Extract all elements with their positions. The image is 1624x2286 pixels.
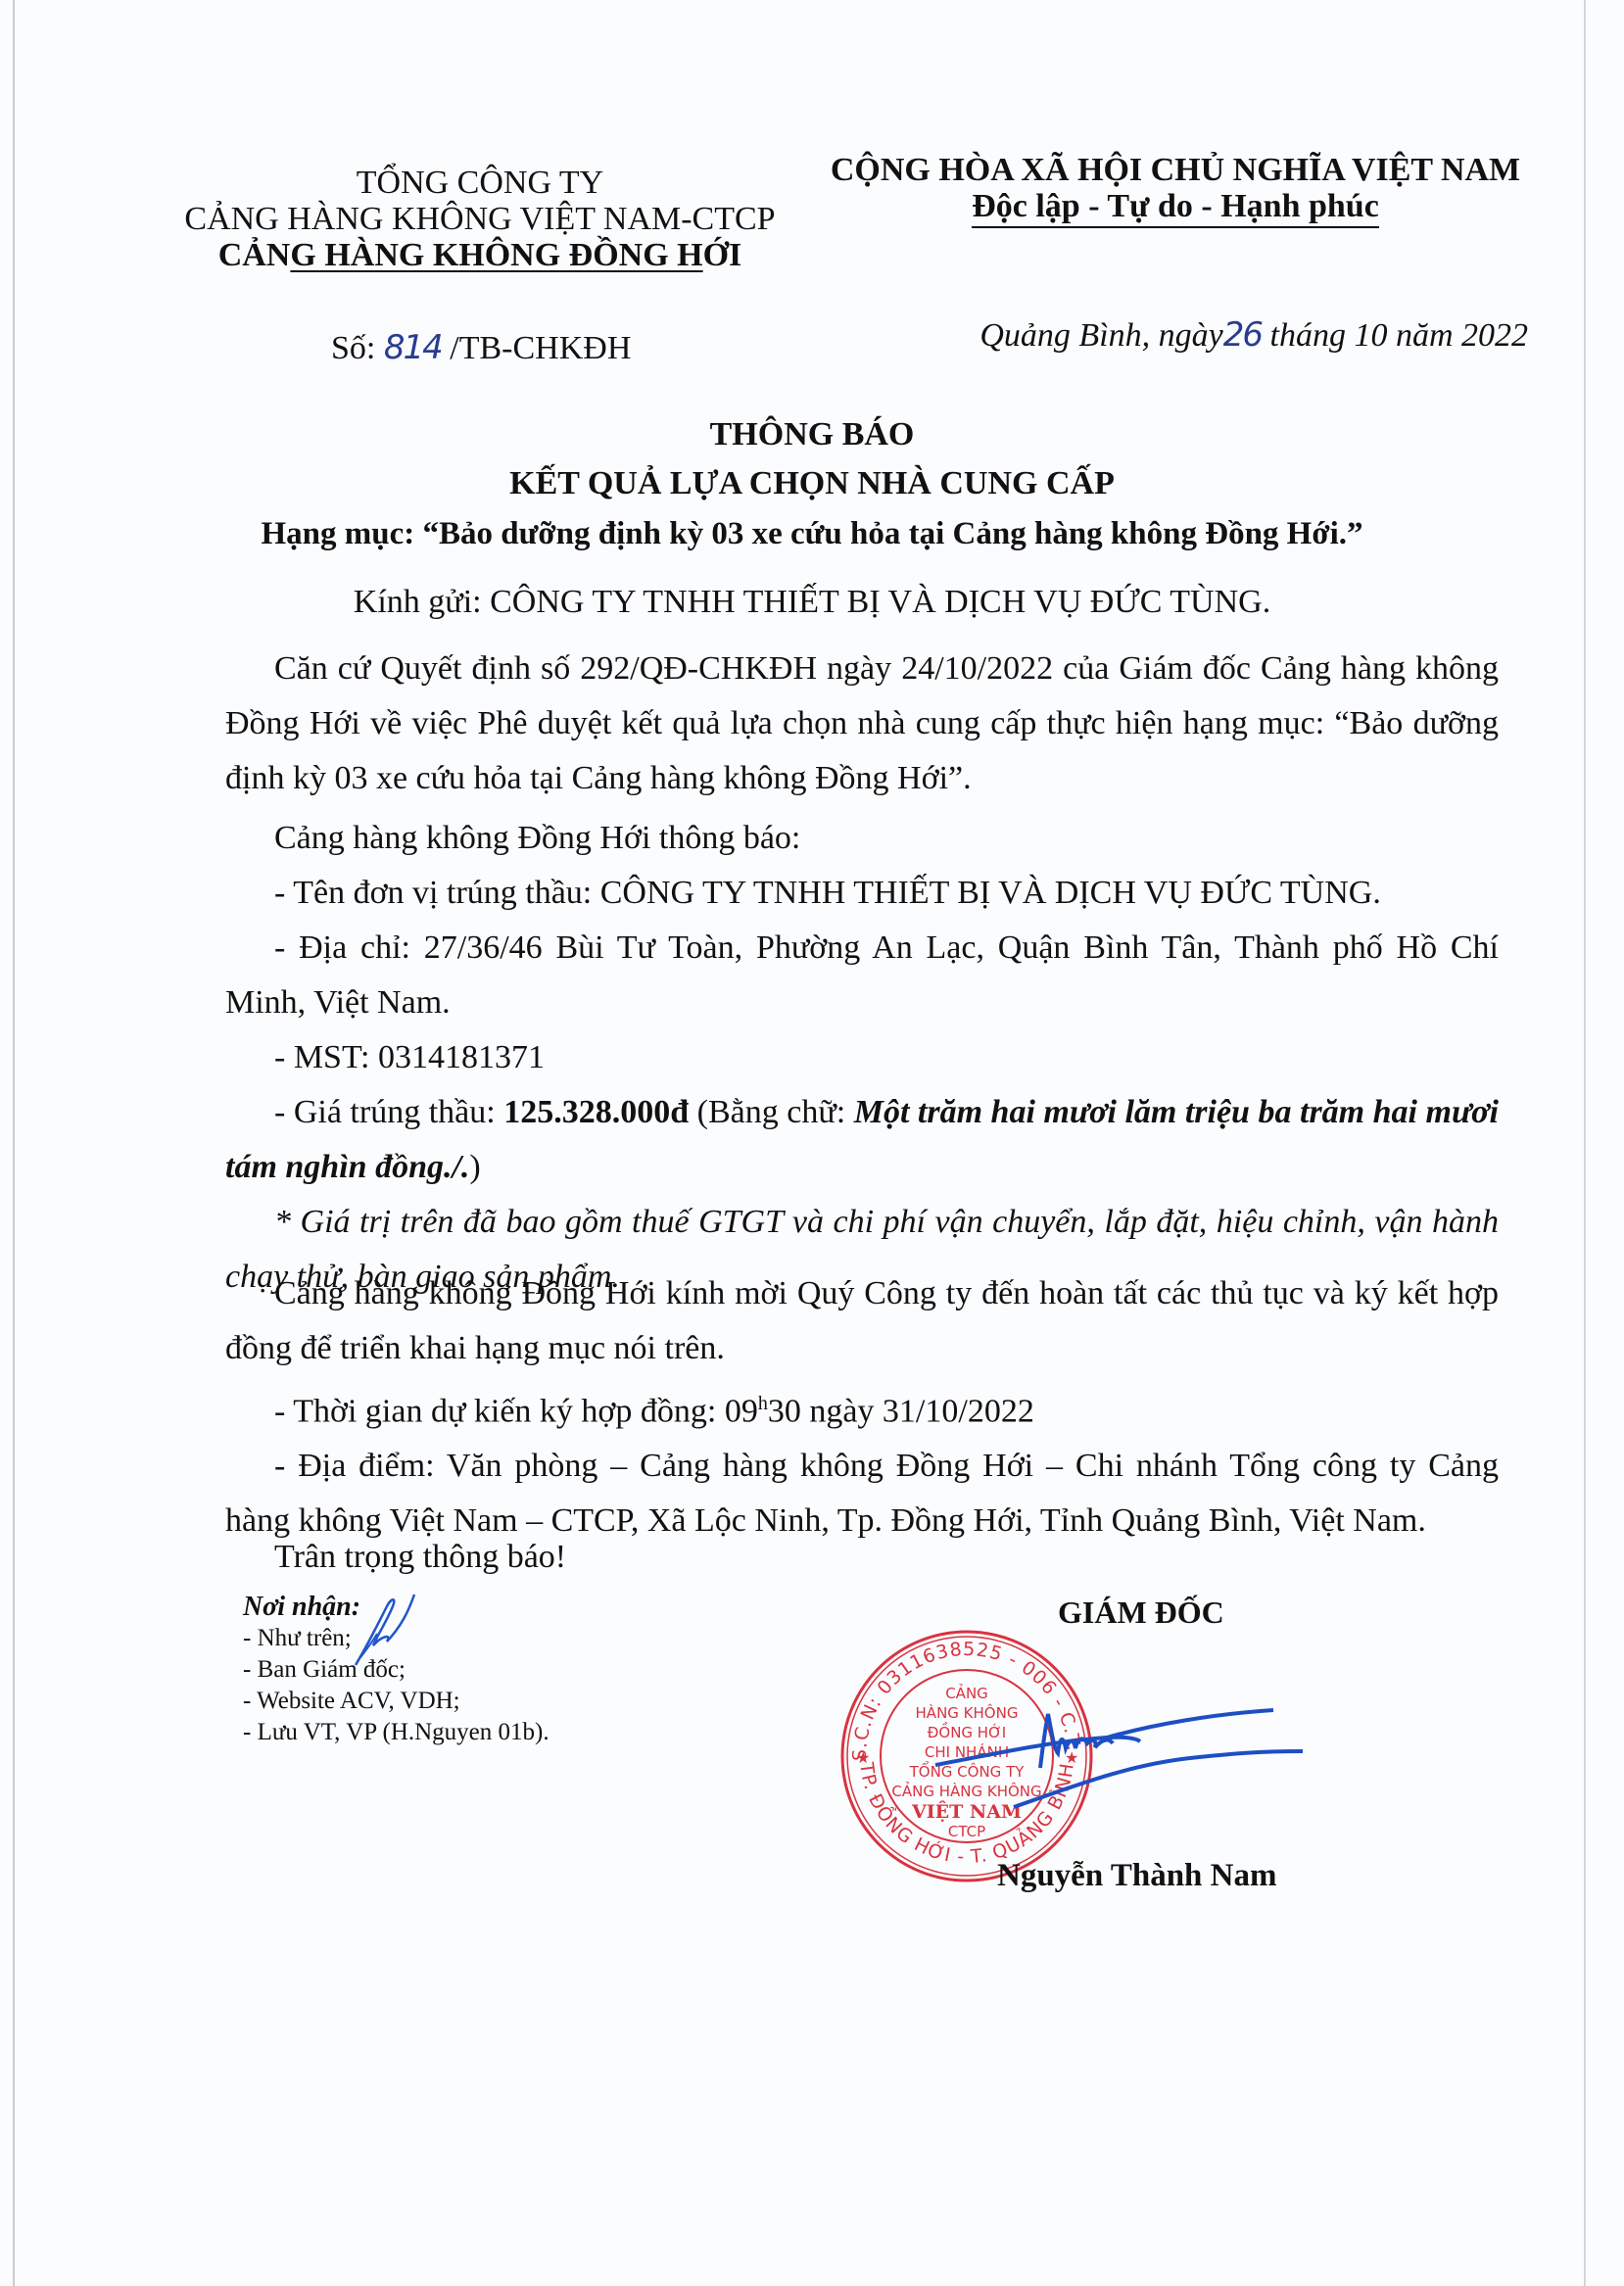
signature-icon: [931, 1694, 1303, 1832]
closing-text: Trân trọng thông báo!: [225, 1530, 1499, 1585]
national-motto: Độc lập - Tự do - Hạnh phúc: [972, 188, 1379, 228]
signatory-title: GIÁM ĐỐC: [1058, 1595, 1224, 1631]
document-subtitle: KẾT QUẢ LỰA CHỌN NHÀ CUNG CẤP: [0, 465, 1624, 502]
price-value: 125.328.000đ: [503, 1094, 689, 1130]
price-line: - Giá trúng thầu: 125.328.000đ (Bằng chữ…: [225, 1085, 1499, 1195]
winner-line: - Tên đơn vị trúng thầu: CÔNG TY TNHH TH…: [225, 866, 1499, 921]
initials-mark-icon: [348, 1587, 416, 1675]
document-title: THÔNG BÁO: [0, 416, 1624, 453]
price-close: ): [469, 1149, 480, 1185]
date-suffix: tháng 10 năm 2022: [1262, 317, 1528, 354]
org-name: CẢNG HÀNG KHÔNG ĐỒNG HỚI: [157, 237, 803, 273]
document-number: Số: 814 /TB-CHKĐH: [331, 328, 631, 367]
national-header: CỘNG HÒA XÃ HỘI CHỦ NGHĨA VIỆT NAM Độc l…: [813, 152, 1538, 228]
svg-text:★: ★: [856, 1748, 870, 1767]
doc-number-prefix: Số:: [331, 330, 384, 366]
document-item: Hạng mục: “Bảo dưỡng định kỳ 03 xe cứu h…: [0, 516, 1624, 552]
org-name-underlined: G HÀNG KHÔNG ĐỒNG H: [290, 237, 702, 273]
basis-text: Căn cứ Quyết định số 292/QĐ-CHKĐH ngày 2…: [225, 642, 1499, 806]
announcement-block: Cảng hàng không Đồng Hới thông báo: - Tê…: [225, 811, 1499, 1305]
org-parent-line2: CẢNG HÀNG KHÔNG VIỆT NAM-CTCP: [157, 201, 803, 237]
org-parent-line1: TỔNG CÔNG TY: [157, 165, 803, 201]
time-sup: h: [758, 1393, 768, 1414]
tax-code-line: - MST: 0314181371: [225, 1030, 1499, 1085]
announce-text: Cảng hàng không Đồng Hới thông báo:: [225, 811, 1499, 866]
date-day-handwritten: 26: [1223, 315, 1262, 355]
doc-number-handwritten: 814: [384, 328, 442, 367]
scan-edge-right: [1584, 0, 1586, 2286]
time-suffix: 30 ngày 31/10/2022: [768, 1393, 1034, 1429]
invite-text: Cảng hàng không Đồng Hới kính mời Quý Cô…: [225, 1266, 1499, 1376]
nation-name: CỘNG HÒA XÃ HỘI CHỦ NGHĨA VIỆT NAM: [813, 152, 1538, 188]
org-header: TỔNG CÔNG TY CẢNG HÀNG KHÔNG VIỆT NAM-CT…: [157, 165, 803, 273]
signing-time-line: - Thời gian dự kiến ký hợp đồng: 09h30 n…: [225, 1376, 1499, 1439]
recipient-item: - Lưu VT, VP (H.Nguyen 01b).: [243, 1717, 549, 1748]
org-name-prefix: CẢN: [218, 237, 291, 273]
basis-paragraph: Căn cứ Quyết định số 292/QĐ-CHKĐH ngày 2…: [225, 642, 1499, 806]
invitation-block: Cảng hàng không Đồng Hới kính mời Quý Cô…: [225, 1266, 1499, 1548]
scan-edge-left: [13, 0, 15, 2286]
price-words-label: (Bằng chữ:: [689, 1094, 854, 1130]
date-line: Quảng Bình, ngày26 tháng 10 năm 2022: [979, 315, 1528, 355]
closing-block: Trân trọng thông báo!: [225, 1530, 1499, 1585]
address-line: - Địa chỉ: 27/36/46 Bùi Tư Toàn, Phường …: [225, 921, 1499, 1030]
price-label: - Giá trúng thầu:: [274, 1094, 503, 1130]
recipient-item: - Website ACV, VDH;: [243, 1686, 549, 1717]
org-name-suffix: ỚI: [703, 237, 742, 273]
time-prefix: - Thời gian dự kiến ký hợp đồng: 09: [274, 1393, 758, 1429]
doc-number-suffix: /TB-CHKĐH: [442, 330, 632, 366]
date-prefix: Quảng Bình, ngày: [979, 317, 1222, 354]
addressee: Kính gửi: CÔNG TY TNHH THIẾT BỊ VÀ DỊCH …: [0, 584, 1624, 621]
signatory-name: Nguyễn Thành Nam: [997, 1858, 1276, 1894]
